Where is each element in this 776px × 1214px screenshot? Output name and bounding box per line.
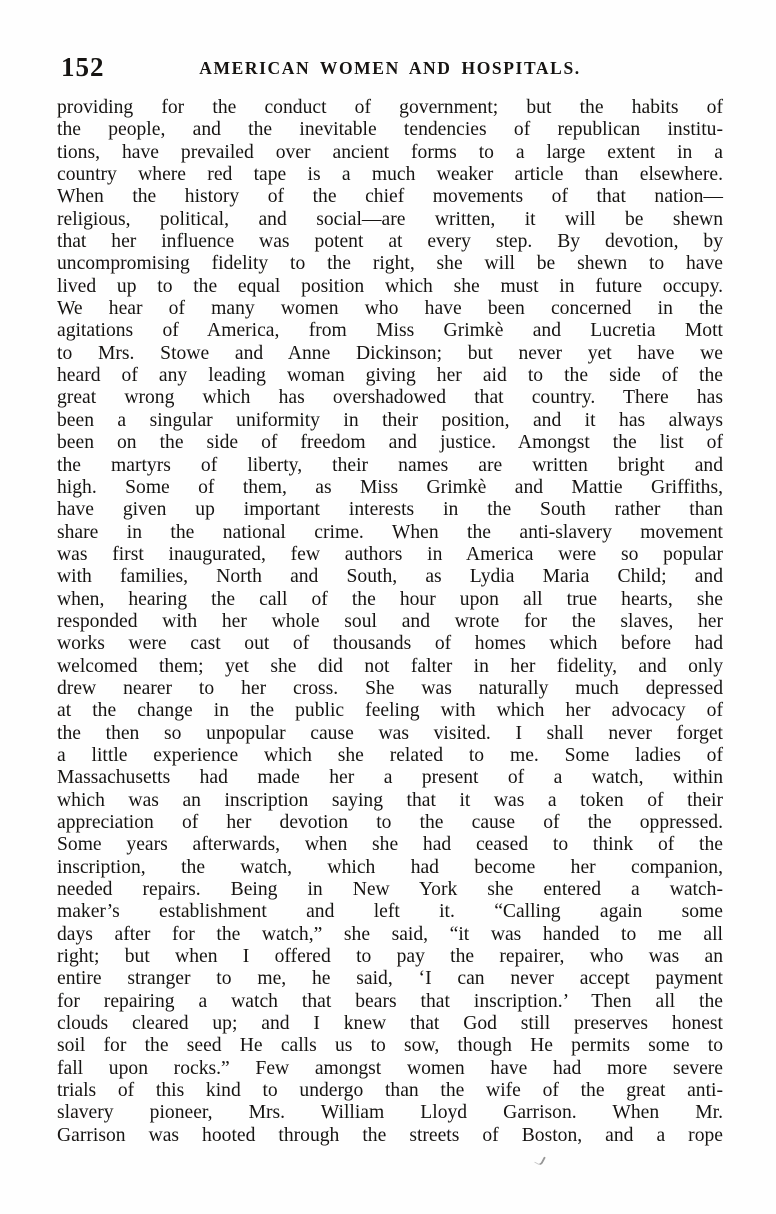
body-text-line: drew nearer to her cross. She was natura… <box>57 678 723 700</box>
body-text-line: fall upon rocks.” Few amongst women have… <box>57 1058 723 1080</box>
body-text-line: uncompromising fidelity to the right, sh… <box>57 253 723 275</box>
body-text-line: agitations of America, from Miss Grimkè … <box>57 320 723 342</box>
body-text-line: We hear of many women who have been conc… <box>57 298 723 320</box>
body-text-line: right; but when I offered to pay the rep… <box>57 946 723 968</box>
body-text-line: the then so unpopular cause was visited.… <box>57 723 723 745</box>
body-text-line: Massachusetts had made her a present of … <box>57 767 723 789</box>
body-text-line: been a singular uniformity in their posi… <box>57 410 723 432</box>
page-header: 152 AMERICAN WOMEN AND HOSPITALS. <box>57 52 723 86</box>
body-text-line: the people, and the inevitable tendencie… <box>57 119 723 141</box>
body-text-line: have given up important interests in the… <box>57 499 723 521</box>
scan-artifact <box>534 1154 546 1167</box>
body-text-line: high. Some of them, as Miss Grimkè and M… <box>57 477 723 499</box>
body-text-line: providing for the conduct of government;… <box>57 97 723 119</box>
body-text-line: responded with her whole soul and wrote … <box>57 611 723 633</box>
body-text-line: works were cast out of thousands of home… <box>57 633 723 655</box>
body-text-line: with families, North and South, as Lydia… <box>57 566 723 588</box>
body-text-line: appreciation of her devotion to the caus… <box>57 812 723 834</box>
body-text-line: When the history of the chief movements … <box>57 186 723 208</box>
body-text-line: soil for the seed He calls us to sow, th… <box>57 1035 723 1057</box>
body-text-line: at the change in the public feeling with… <box>57 700 723 722</box>
body-text-line: lived up to the equal position which she… <box>57 276 723 298</box>
body-text-line: trials of this kind to undergo than the … <box>57 1080 723 1102</box>
body-text-line: a little experience which she related to… <box>57 745 723 767</box>
body-text-line: was first inaugurated, few authors in Am… <box>57 544 723 566</box>
body-text-line: needed repairs. Being in New York she en… <box>57 879 723 901</box>
body-text-line: to Mrs. Stowe and Anne Dickinson; but ne… <box>57 343 723 365</box>
body-text-line: when, hearing the call of the hour upon … <box>57 589 723 611</box>
body-text-line: for repairing a watch that bears that in… <box>57 991 723 1013</box>
body-text-line: heard of any leading woman giving her ai… <box>57 365 723 387</box>
body-text-line: that her influence was potent at every s… <box>57 231 723 253</box>
body-text-line: share in the national crime. When the an… <box>57 522 723 544</box>
body-text-line: inscription, the watch, which had become… <box>57 857 723 879</box>
body-text-line: which was an inscription saying that it … <box>57 790 723 812</box>
body-text-line: slavery pioneer, Mrs. William Lloyd Garr… <box>57 1102 723 1124</box>
body-text-line: clouds cleared up; and I knew that God s… <box>57 1013 723 1035</box>
book-page: 152 AMERICAN WOMEN AND HOSPITALS. provid… <box>0 0 776 1214</box>
body-text: providing for the conduct of government;… <box>57 97 723 1147</box>
body-text-line: great wrong which has overshadowed that … <box>57 387 723 409</box>
body-text-line: welcomed them; yet she did not falter in… <box>57 656 723 678</box>
body-text-line: tions, have prevailed over ancient forms… <box>57 142 723 164</box>
body-text-line: country where red tape is a much weaker … <box>57 164 723 186</box>
body-text-line: maker’s establishment and left it. “Call… <box>57 901 723 923</box>
body-text-line: been on the side of freedom and justice.… <box>57 432 723 454</box>
running-title: AMERICAN WOMEN AND HOSPITALS. <box>57 58 723 79</box>
body-text-line: entire stranger to me, he said, ‘I can n… <box>57 968 723 990</box>
body-text-line: days after for the watch,” she said, “it… <box>57 924 723 946</box>
body-text-line: Some years afterwards, when she had ceas… <box>57 834 723 856</box>
body-text-line: the martyrs of liberty, their names are … <box>57 455 723 477</box>
body-text-line: religious, political, and social—are wri… <box>57 209 723 231</box>
body-text-line: Garrison was hooted through the streets … <box>57 1125 723 1147</box>
